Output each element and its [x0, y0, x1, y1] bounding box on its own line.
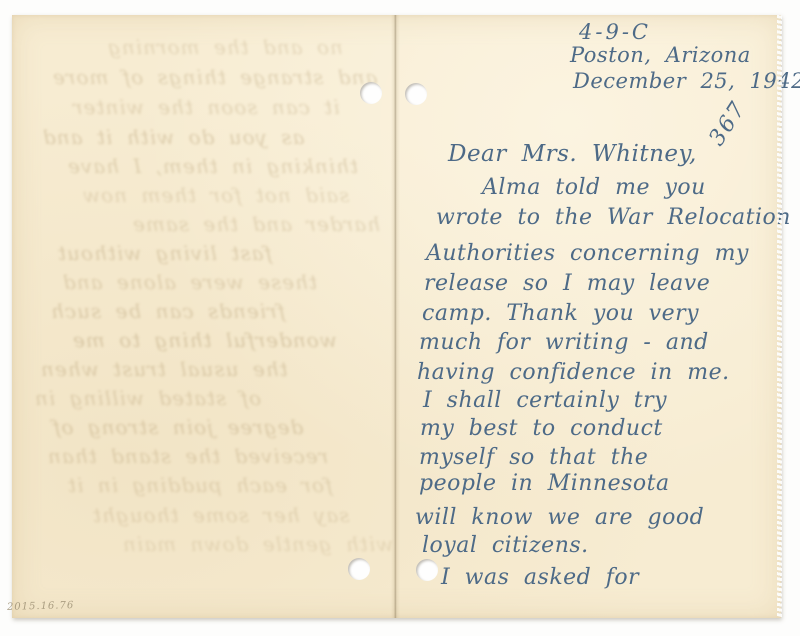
letter-line: my best to conduct — [420, 418, 663, 440]
letter-line: camp. Thank you very — [422, 303, 699, 325]
ghost-line: as you do with it and — [42, 127, 305, 147]
letter-line: much for writing - and — [419, 332, 709, 354]
letter-paper: no and the morning and strange things of… — [12, 15, 781, 618]
ghost-line: no and the morning — [107, 37, 343, 57]
ghost-line: of stated willing in — [34, 388, 261, 408]
ghost-line: fast living without — [57, 243, 272, 263]
letter-line: I was asked for — [441, 567, 639, 589]
letter-line: wrote to the War Relocation — [436, 207, 791, 229]
ghost-line: received the stand than — [47, 446, 328, 466]
header-date: December 25, 1942 — [573, 71, 800, 92]
punch-hole — [348, 558, 370, 580]
ghost-line: say her some thought — [92, 505, 350, 525]
salutation-line: Dear Mrs. Whitney, — [448, 143, 697, 166]
ghost-line: harder and the same — [132, 214, 380, 234]
letter-line: loyal citizens. — [422, 535, 589, 557]
letter-line: myself so that the — [419, 447, 648, 469]
punch-hole — [405, 83, 427, 105]
catalog-number: 2015.16.76 — [7, 600, 75, 613]
ghost-line: wonderful thing to me — [72, 330, 337, 350]
punch-hole — [360, 82, 382, 104]
header-block-address: 4-9-C — [579, 22, 651, 43]
ghost-line: friends can be such — [50, 301, 285, 321]
letter-line: release so I may leave — [424, 273, 710, 295]
letter-line: having confidence in me. — [417, 362, 730, 384]
ghost-line: and strange things of more — [52, 67, 377, 87]
header-location: Poston, Arizona — [570, 45, 751, 66]
letter-line: Alma told me you — [482, 177, 706, 199]
ghost-line: said not for them now — [82, 185, 350, 205]
deckle-edge — [777, 15, 782, 618]
ghost-line: with gentle down main — [122, 534, 393, 554]
center-fold-crease — [391, 15, 400, 618]
ghost-line: it can soon the winter — [72, 97, 340, 117]
scan-background: { "letter": { "header": { "block_address… — [0, 0, 800, 636]
ghost-line: for each pudding in it — [67, 475, 332, 495]
letter-line: people in Minnesota — [419, 473, 670, 495]
ghost-line: thinking in them, I have — [67, 156, 358, 176]
letter-line: will know we are good — [415, 507, 704, 529]
letter-line: Authorities concerning my — [426, 243, 749, 265]
letter-line: I shall certainly try — [423, 390, 667, 412]
punch-hole — [416, 559, 438, 581]
page-number-annotation: 367 — [704, 97, 751, 151]
ghost-line: degree join strong of — [52, 417, 303, 437]
ghost-line: the usual trust when — [40, 359, 288, 379]
ghost-line: these were alone and — [62, 272, 317, 292]
